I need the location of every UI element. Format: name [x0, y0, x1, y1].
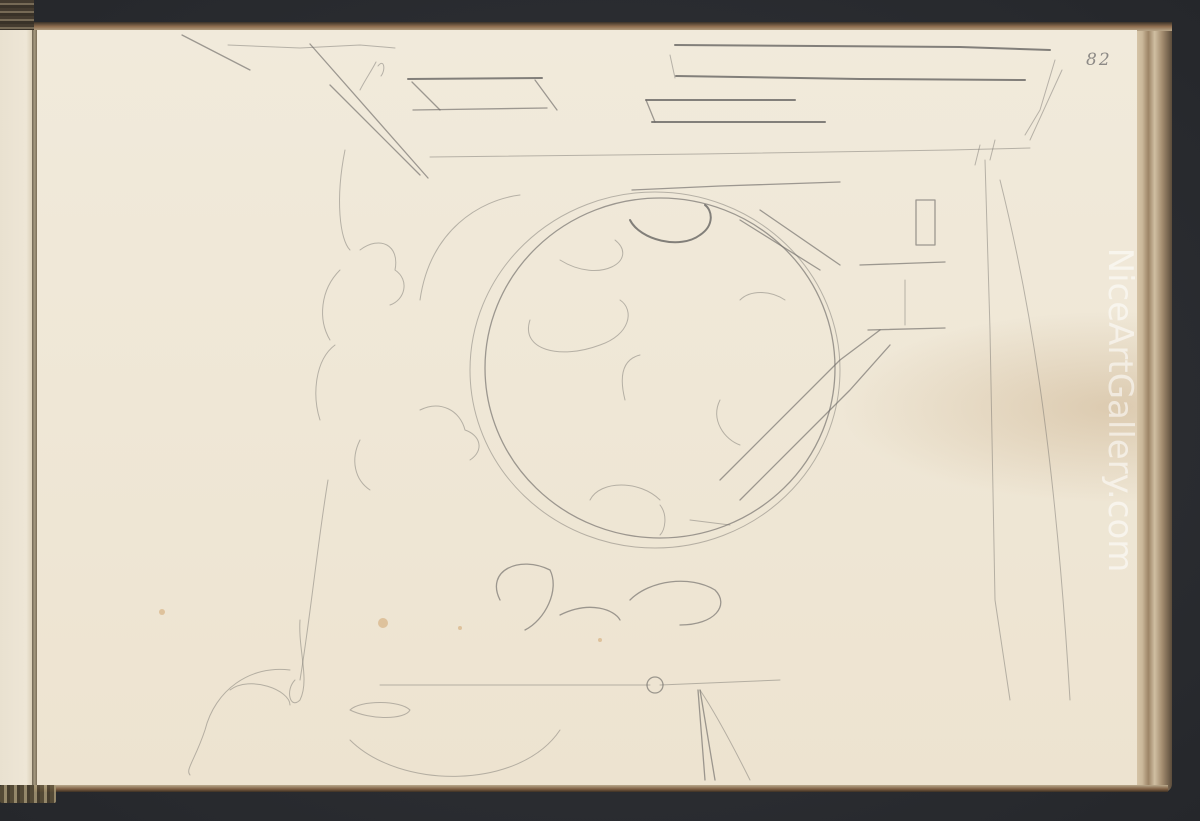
clouds-in-frame [528, 205, 785, 535]
cornice-lines [430, 45, 1062, 165]
page-number: 82 [1086, 50, 1112, 70]
top-bracket-shape [408, 78, 557, 110]
diagonal-arm [690, 210, 890, 525]
oval-frame [420, 192, 840, 548]
beam-line [632, 160, 1070, 700]
lower-clouds [496, 564, 720, 630]
watermark-text: NiceArtGallery.com [1100, 248, 1140, 573]
foxing-spots [159, 609, 602, 642]
bottom-left-flourishes [189, 620, 780, 776]
sketchbook: 82 NiceArtGallery.com [0, 0, 1200, 821]
bottom-spike [698, 690, 750, 780]
top-left-strokes [182, 35, 428, 178]
pencil-drawing [0, 0, 1200, 821]
